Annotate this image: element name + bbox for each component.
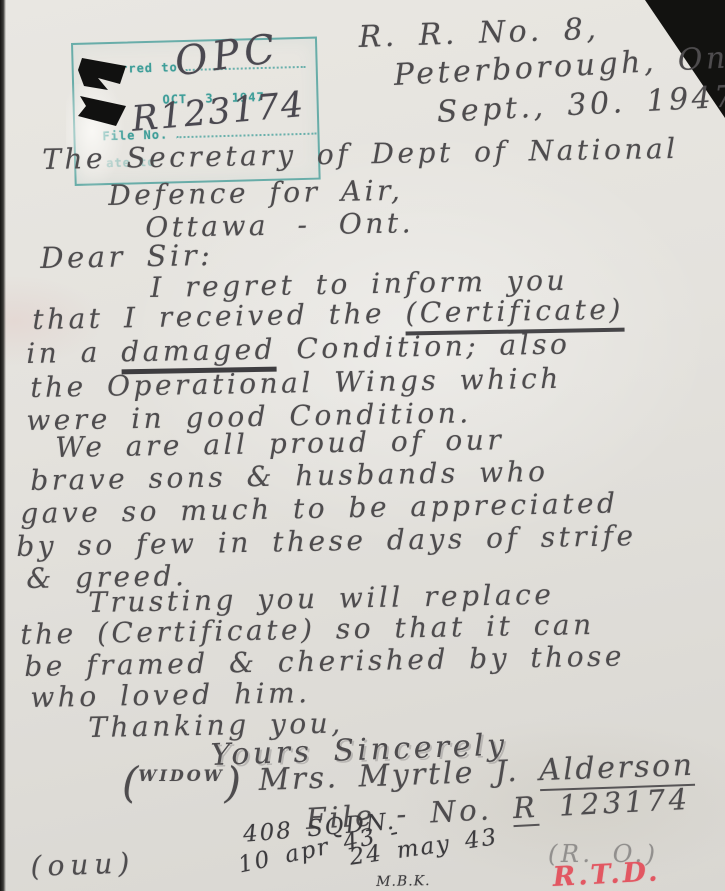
body-p1-line-3-post: Condition; also: [276, 328, 571, 366]
red-rtd-stamp: R.T.D.: [552, 856, 661, 891]
body-p1-line-3-pre: in a: [26, 335, 122, 370]
widow-annotation: (WIDOW): [122, 758, 241, 807]
body-p1-line-2-text: that I received the: [32, 296, 406, 336]
widow-label: WIDOW: [138, 766, 224, 785]
scan-edge-left: [0, 0, 6, 891]
widow-paren-close: ): [225, 758, 241, 807]
torn-paper-mark: [74, 48, 136, 140]
widow-paren-open: (: [122, 758, 138, 807]
initials-mbk: M.B.K.: [376, 873, 431, 890]
file-reference-prefix: R: [512, 790, 539, 827]
clerk-initials-scrawl: (ouu): [30, 846, 136, 883]
letter-scan-page: ferred to OCT 3 1947 File No. ate to OPC…: [0, 0, 725, 891]
file-reference-number: 123174: [537, 782, 691, 824]
